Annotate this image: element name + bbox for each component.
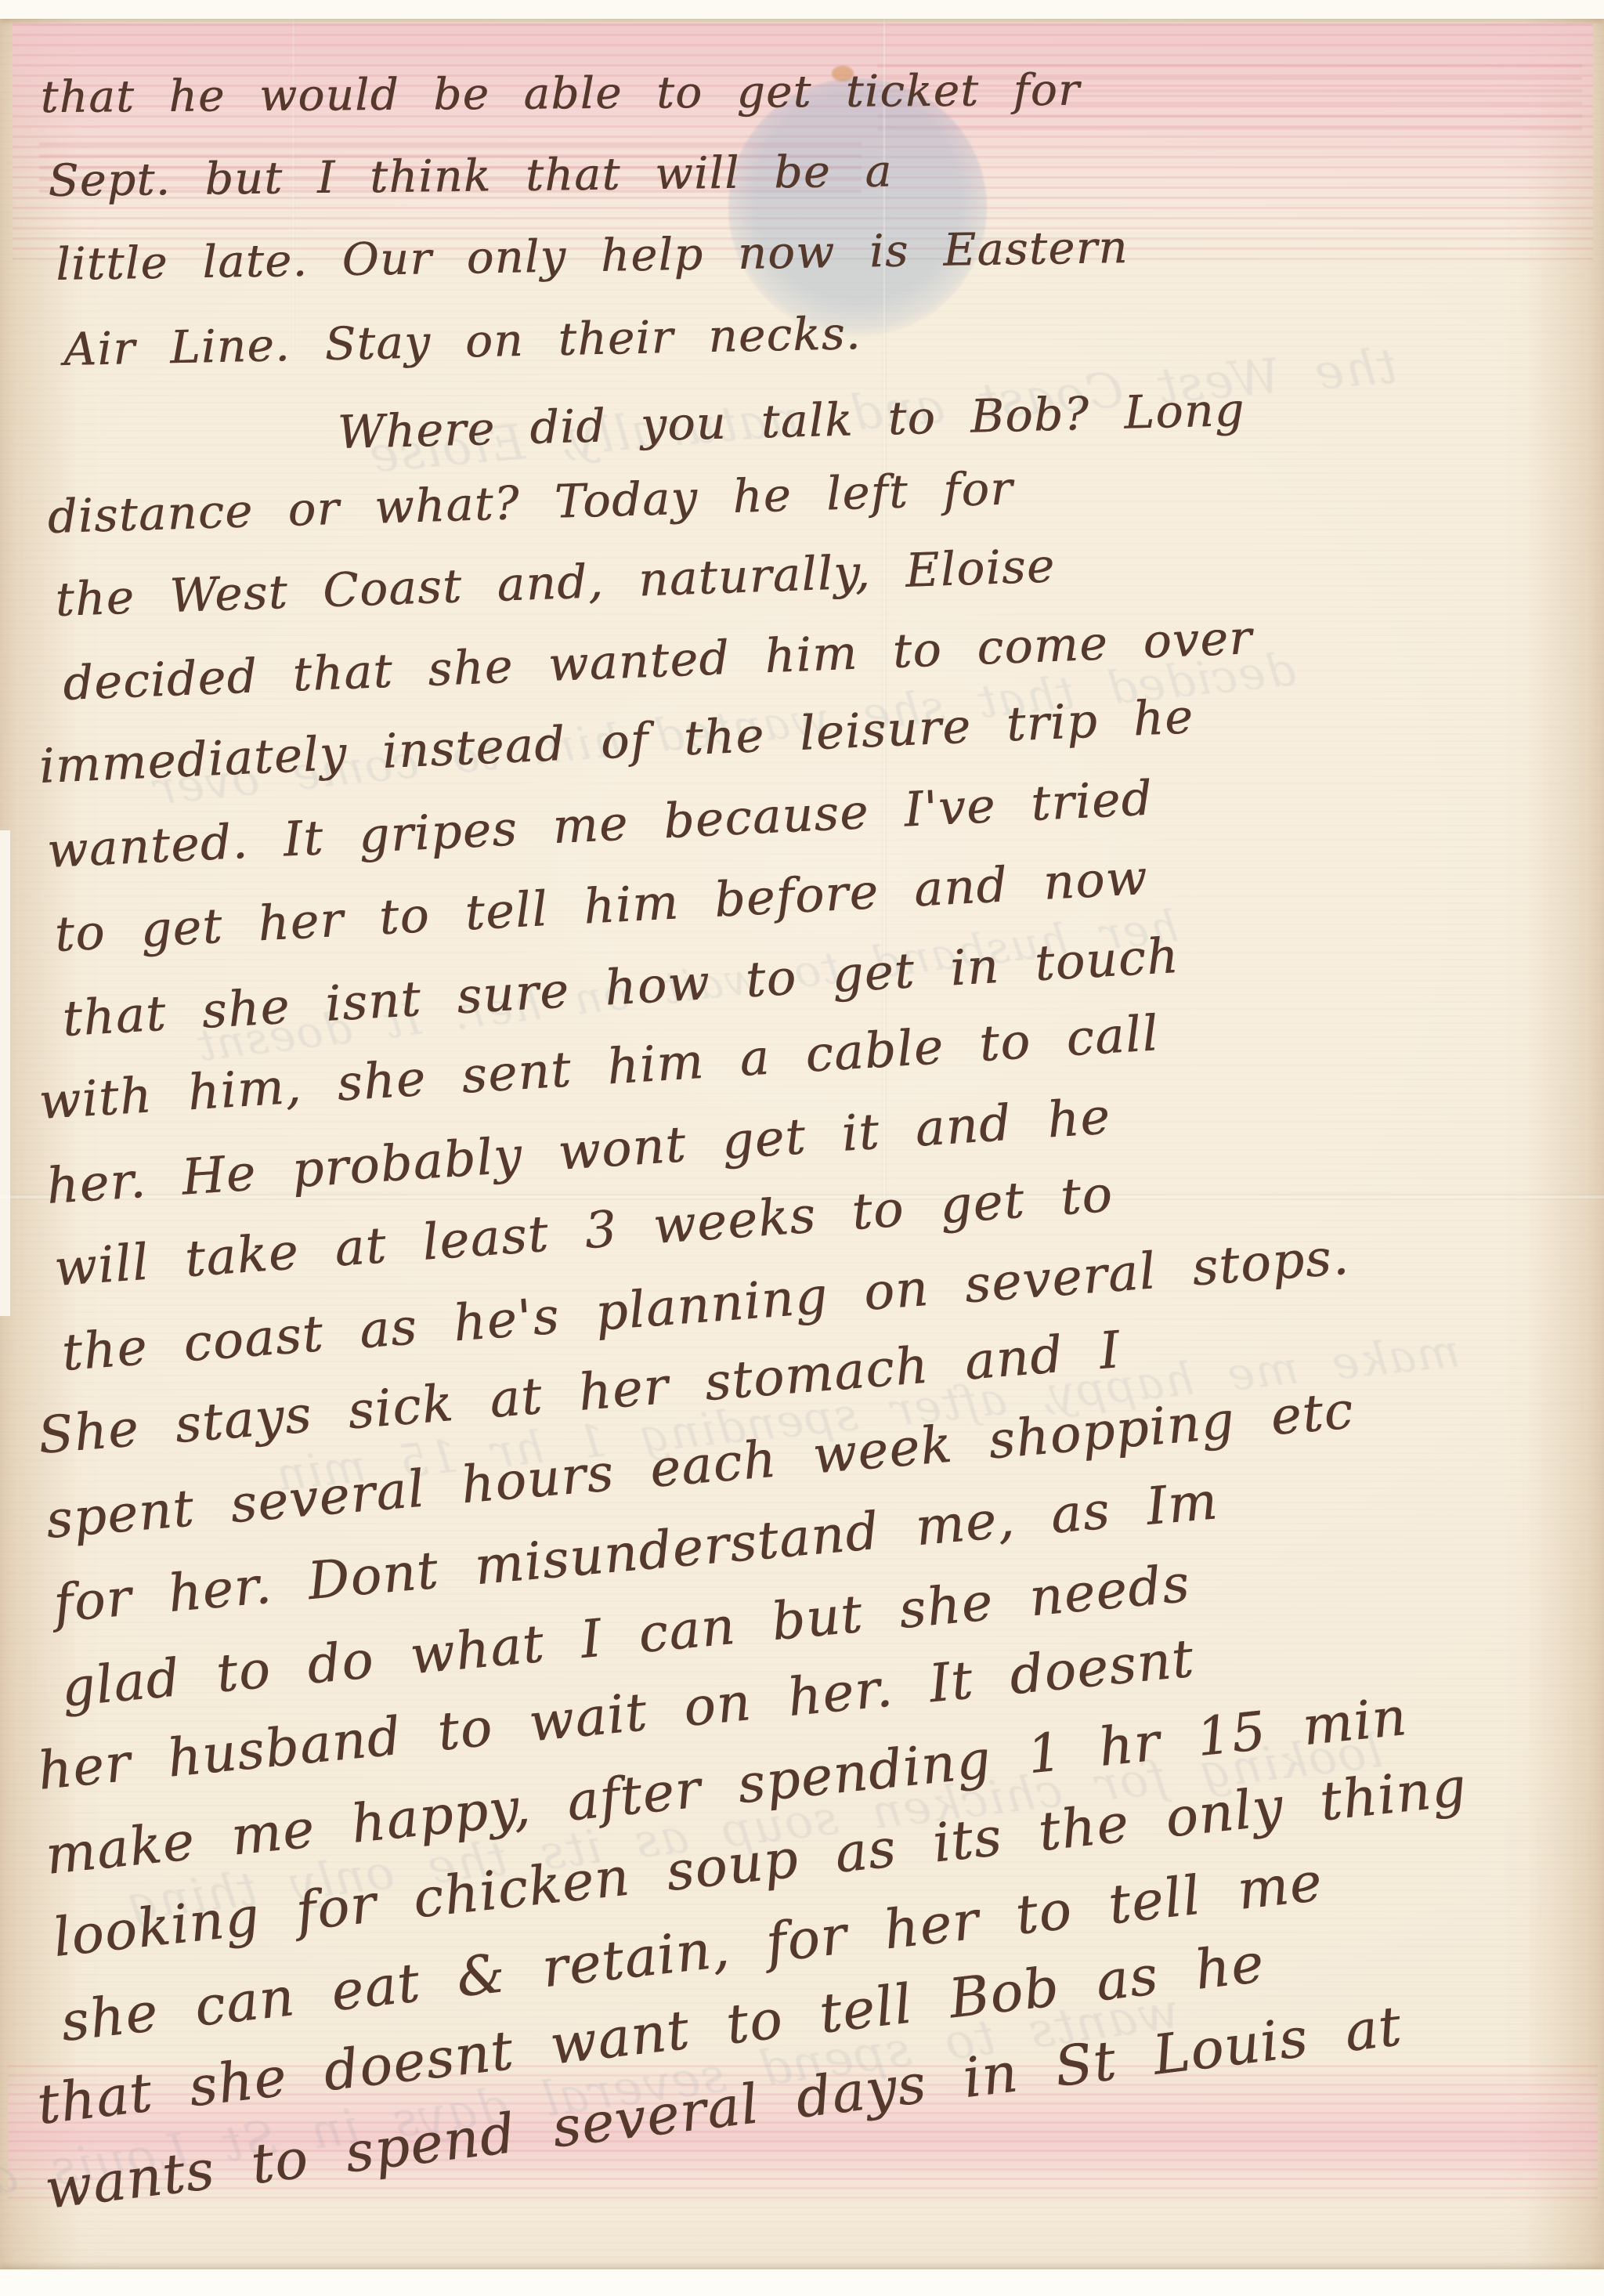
paper-edge-top — [0, 0, 1604, 19]
paper-edge-left — [0, 830, 10, 1316]
letter-lines: that he would be able to get ticket forS… — [41, 72, 1582, 2241]
paper-edge-bottom — [0, 2269, 1604, 2296]
letter-page: the West Coast and, naturally, Eloisedec… — [0, 0, 1604, 2296]
